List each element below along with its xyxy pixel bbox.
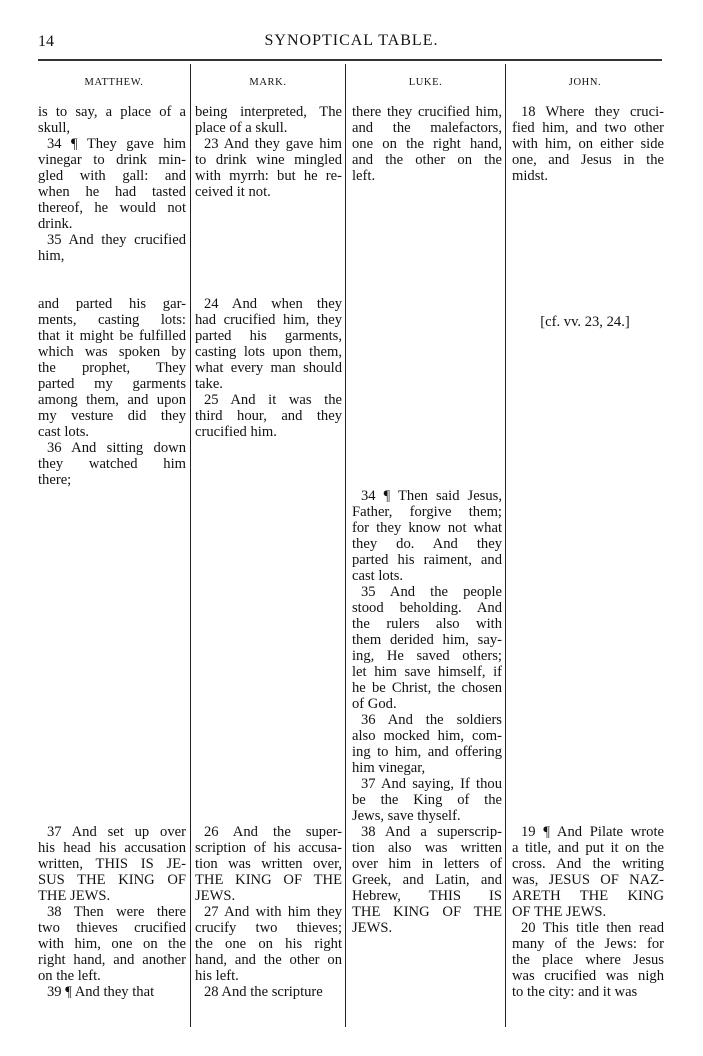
text-line: third hour, and they — [195, 408, 342, 424]
column-divider — [345, 64, 346, 1027]
text-line: that it might be fulfilled — [38, 328, 186, 344]
text-line: ARETH THE KING — [512, 888, 664, 904]
text-line: 23 And they gave him — [195, 136, 342, 152]
text-line: to drink wine mingled — [195, 152, 342, 168]
text-line: scription of his accusa- — [195, 840, 342, 856]
text-line: when he had tasted — [38, 184, 186, 200]
text-line: and the malefactors, — [352, 120, 502, 136]
text-line: place of a skull. — [195, 120, 342, 136]
text-line: 25 And it was the — [195, 392, 342, 408]
text-line: him vinegar, — [352, 760, 502, 776]
text-line: which was spoken by — [38, 344, 186, 360]
text-line: to the city: and it was — [512, 984, 664, 1000]
text-line: 18 Where they cruci- — [512, 104, 664, 120]
text-line: 34 ¶ They gave him — [38, 136, 186, 152]
matthew-passage-2: and parted his gar-ments, casting lots:t… — [38, 296, 186, 488]
text-line: THE KING OF THE — [352, 904, 502, 920]
matthew-passage-3: 37 And set up overhis head his accusatio… — [38, 824, 186, 1000]
text-line: cast lots. — [38, 424, 186, 440]
text-line: was, JESUS OF NAZ- — [512, 872, 664, 888]
text-line: gled with gall: and — [38, 168, 186, 184]
text-line: ments, casting lots: — [38, 312, 186, 328]
text-line: cross. And the writing — [512, 856, 664, 872]
text-line: right hand, and another — [38, 952, 186, 968]
text-line: the rulers also with — [352, 616, 502, 632]
text-line: drink. — [38, 216, 186, 232]
column-heading-john: JOHN. — [506, 77, 664, 88]
text-line: for they know not what — [352, 520, 502, 536]
text-line: there they crucified him, — [352, 104, 502, 120]
text-line: Greek, and Latin, and — [352, 872, 502, 888]
text-line: thereof, he would not — [38, 200, 186, 216]
text-line: ing to him, and offering — [352, 744, 502, 760]
mark-passage-2: 24 And when theyhad crucified him, theyp… — [195, 296, 342, 440]
text-line: being interpreted, The — [195, 104, 342, 120]
text-line: let him save himself, if — [352, 664, 502, 680]
text-line: Jews, save thyself. — [352, 808, 502, 824]
text-line: 36 And sitting down — [38, 440, 186, 456]
text-line: JEWS. — [352, 920, 502, 936]
text-line: with him, on either side — [512, 136, 664, 152]
text-line: fied him, and two other — [512, 120, 664, 136]
text-line: vinegar to drink min- — [38, 152, 186, 168]
text-line: his head his accusation — [38, 840, 186, 856]
text-line: cast lots. — [352, 568, 502, 584]
text-line: is to say, a place of a — [38, 104, 186, 120]
text-line: stood beholding. And — [352, 600, 502, 616]
text-line: he be Christ, the chosen — [352, 680, 502, 696]
text-line: a title, and put it on the — [512, 840, 664, 856]
text-line: the place where Jesus — [512, 952, 664, 968]
text-line: 27 And with him they — [195, 904, 342, 920]
text-line: written, THIS IS JE- — [38, 856, 186, 872]
text-line: one on the right hand, — [352, 136, 502, 152]
text-line: SUS THE KING OF — [38, 872, 186, 888]
text-line: my vesture did they — [38, 408, 186, 424]
text-line: him, — [38, 248, 186, 264]
text-line: 28 And the scripture — [195, 984, 342, 1000]
column-divider — [190, 64, 191, 1027]
text-line: be the King of the — [352, 792, 502, 808]
text-line: OF THE JEWS. — [512, 904, 664, 920]
luke-passage-2: 34 ¶ Then said Jesus,Father, forgive the… — [352, 488, 502, 936]
text-line: two thieves crucified — [38, 920, 186, 936]
text-line: 26 And the super- — [195, 824, 342, 840]
text-line: and parted his gar- — [38, 296, 186, 312]
column-heading-matthew: MATTHEW. — [38, 77, 190, 88]
text-line: hand, and the other on — [195, 952, 342, 968]
text-line: among them, and upon — [38, 392, 186, 408]
header-rule — [38, 59, 662, 61]
column-heading-mark: MARK. — [191, 77, 345, 88]
text-line: over him in letters of — [352, 856, 502, 872]
text-line: 37 And saying, If thou — [352, 776, 502, 792]
text-line: 38 Then were there — [38, 904, 186, 920]
text-line: take. — [195, 376, 342, 392]
text-line: 19 ¶ And Pilate wrote — [512, 824, 664, 840]
text-line: also mocked him, com- — [352, 728, 502, 744]
text-line: skull, — [38, 120, 186, 136]
text-line: THE JEWS. — [38, 888, 186, 904]
text-line: ing, He saved others; — [352, 648, 502, 664]
john-passage-1: 18 Where they cruci-fied him, and two ot… — [512, 104, 664, 184]
text-line: was crucified was nigh — [512, 968, 664, 984]
text-line: them derided him, say- — [352, 632, 502, 648]
mark-passage-3: 26 And the super-scription of his accusa… — [195, 824, 342, 1000]
text-line: 24 And when they — [195, 296, 342, 312]
text-line: tion also was written — [352, 840, 502, 856]
text-line: crucify two thieves; — [195, 920, 342, 936]
text-line: 38 And a superscrip- — [352, 824, 502, 840]
text-line: what every man should — [195, 360, 342, 376]
text-line: and the other on the — [352, 152, 502, 168]
text-line: on the left. — [38, 968, 186, 984]
text-line: parted my garments — [38, 376, 186, 392]
text-line: casting lots upon them, — [195, 344, 342, 360]
matthew-passage-1: is to say, a place of askull,34 ¶ They g… — [38, 104, 186, 264]
column-divider — [505, 64, 506, 1027]
text-line: the prophet, They — [38, 360, 186, 376]
text-line: left. — [352, 168, 502, 184]
text-line: with him, one on the — [38, 936, 186, 952]
text-line: one, and Jesus in the — [512, 152, 664, 168]
text-line: tion was written over, — [195, 856, 342, 872]
text-line: 37 And set up over — [38, 824, 186, 840]
text-line: 35 And the people — [352, 584, 502, 600]
text-line: many of the Jews: for — [512, 936, 664, 952]
text-line: his left. — [195, 968, 342, 984]
text-line: crucified him. — [195, 424, 342, 440]
text-line: had crucified him, they — [195, 312, 342, 328]
text-line: they watched him — [38, 456, 186, 472]
text-line: 35 And they crucified — [38, 232, 186, 248]
text-line: the one on his right — [195, 936, 342, 952]
mark-passage-1: being interpreted, Theplace of a skull.2… — [195, 104, 342, 200]
text-line: 20 This title then read — [512, 920, 664, 936]
text-line: there; — [38, 472, 186, 488]
text-line: 39 ¶ And they that — [38, 984, 186, 1000]
running-title: SYNOPTICAL TABLE. — [0, 32, 703, 50]
john-passage-2: 19 ¶ And Pilate wrotea title, and put it… — [512, 824, 664, 1000]
text-line: parted his raiment, and — [352, 552, 502, 568]
text-line: ceived it not. — [195, 184, 342, 200]
text-line: Hebrew, THIS IS — [352, 888, 502, 904]
text-line: parted his garments, — [195, 328, 342, 344]
text-line: JEWS. — [195, 888, 342, 904]
text-line: Father, forgive them; — [352, 504, 502, 520]
text-line: they do. And they — [352, 536, 502, 552]
column-heading-luke: LUKE. — [346, 77, 505, 88]
text-line: midst. — [512, 168, 664, 184]
text-line: THE KING OF THE — [195, 872, 342, 888]
text-line: 36 And the soldiers — [352, 712, 502, 728]
text-line: 34 ¶ Then said Jesus, — [352, 488, 502, 504]
text-line: of God. — [352, 696, 502, 712]
john-crossref: [cf. vv. 23, 24.] — [506, 314, 664, 330]
luke-passage-1: there they crucified him,and the malefac… — [352, 104, 502, 184]
text-line: with myrrh: but he re- — [195, 168, 342, 184]
